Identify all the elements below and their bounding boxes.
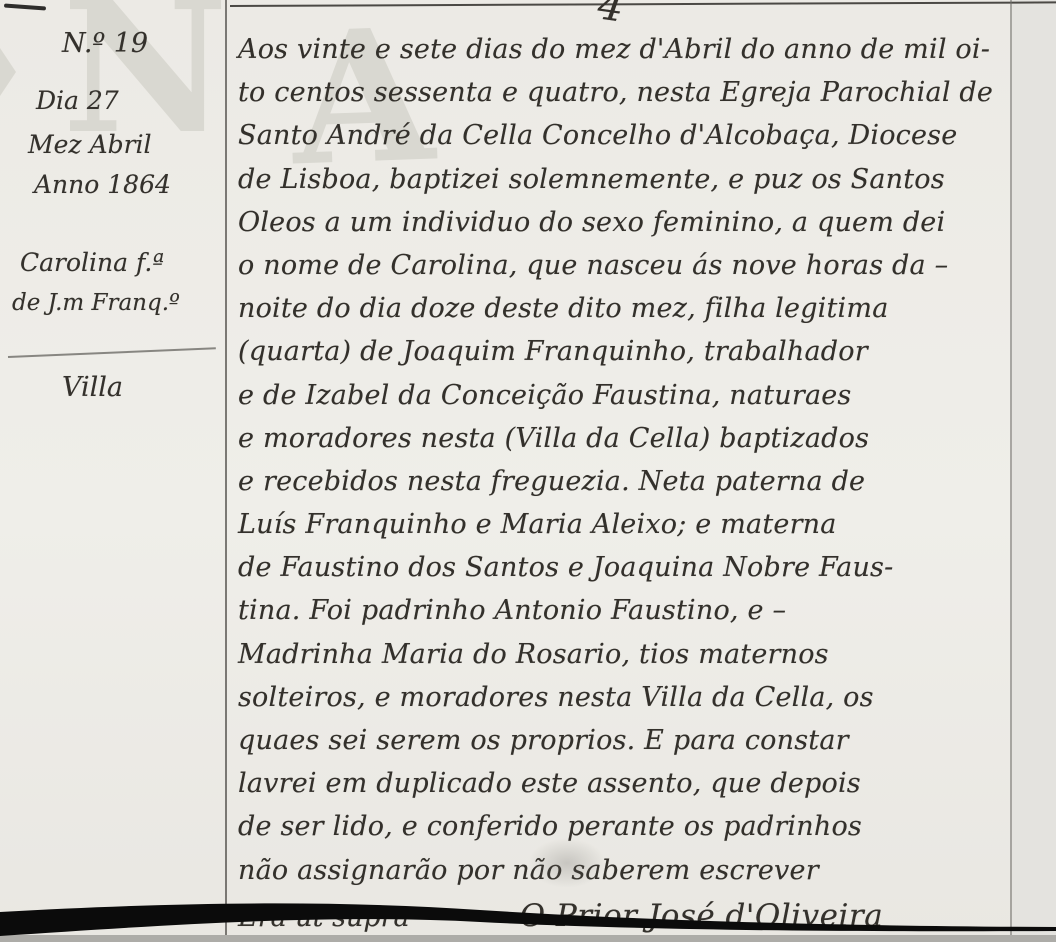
document-page: N A 4 N.º 19 Dia 27 Mez Abril Anno 1864 … (0, 0, 1056, 942)
record-line: lavrei em duplicado este assento, que de… (238, 768, 1010, 811)
record-line: não assignarão por não saberem escrever (238, 855, 1010, 898)
right-margin-strip (1012, 0, 1056, 942)
margin-year: Anno 1864 (34, 170, 171, 199)
record-body: Aos vinte e sete dias do mez d'Abril do … (238, 34, 1010, 942)
record-line: Luís Franquinho e Maria Aleixo; e matern… (238, 509, 1010, 552)
page-number: 4 (595, 0, 627, 32)
margin-child-name: Carolina f.ª (20, 248, 164, 277)
record-line: (quarta) de Joaquim Franquinho, trabalha… (238, 336, 1010, 379)
record-line: to centos sessenta e quatro, nesta Egrej… (238, 77, 1010, 120)
binding-shadow (0, 902, 1056, 942)
record-line: de ser lido, e conferido perante os padr… (238, 811, 1010, 854)
record-line: e moradores nesta (Villa da Cella) bapti… (238, 423, 1010, 466)
ink-stain (528, 838, 606, 888)
watermark-fragment (0, 48, 16, 96)
record-line: Santo André da Cella Concelho d'Alcobaça… (238, 120, 1010, 163)
record-line: solteiros, e moradores nesta Villa da Ce… (238, 682, 1010, 725)
record-line: de Faustino dos Santos e Joaquina Nobre … (238, 552, 1010, 595)
record-line: o nome de Carolina, que nasceu ás nove h… (238, 250, 1010, 293)
record-line: e de Izabel da Conceição Faustina, natur… (238, 380, 1010, 423)
corner-ink-mark (4, 4, 46, 11)
margin-month: Mez Abril (28, 130, 152, 159)
margin-flourish-line (8, 347, 216, 358)
record-line: e recebidos nesta freguezia. Neta patern… (238, 466, 1010, 509)
margin-father-name: de J.m Franq.º (12, 290, 180, 316)
record-line: tina. Foi padrinho Antonio Faustino, e – (238, 595, 1010, 638)
margin-separator-line (225, 0, 227, 942)
record-line: quaes sei serem os proprios. E para cons… (238, 725, 1010, 768)
right-rule-line (1010, 0, 1012, 942)
record-line: Madrinha Maria do Rosario, tios maternos (238, 639, 1010, 682)
margin-place-note: Villa (62, 372, 123, 403)
record-line: de Lisboa, baptizei solemnemente, e puz … (238, 164, 1010, 207)
margin-day: Dia 27 (36, 86, 119, 115)
record-line: Aos vinte e sete dias do mez d'Abril do … (238, 34, 1010, 77)
record-line: Oleos a um individuo do sexo feminino, a… (238, 207, 1010, 250)
record-line: noite do dia doze deste dito mez, filha … (238, 293, 1010, 336)
margin-record-number: N.º 19 (62, 28, 148, 59)
